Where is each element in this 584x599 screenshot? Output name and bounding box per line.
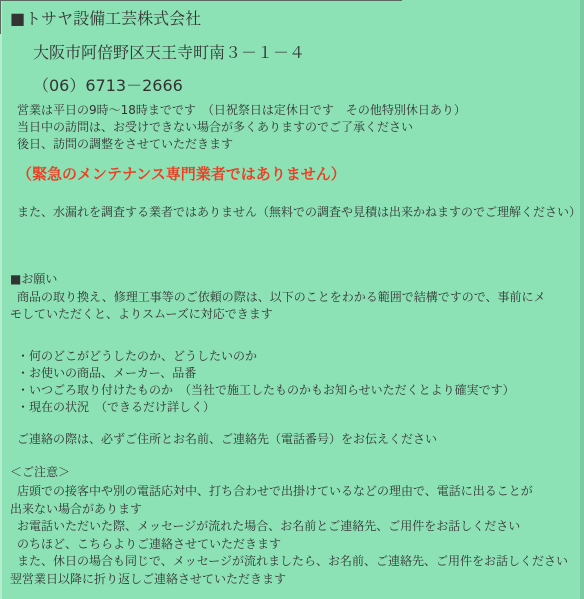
business-hours-line: 当日中の訪問は、お受けできない場合が多くありますのでご了承ください: [9, 119, 584, 136]
contact-note: ご連絡の際は、必ずご住所とお名前、ご連絡先（電話番号）をお伝えください: [9, 431, 584, 448]
request-intro-line: モしていただくと、よりスムーズに対応できます: [9, 306, 584, 323]
top-border-line: [0, 0, 402, 1]
business-hours-line: 営業は平日の9時～18時までです （日祝祭日は定休日です その他特別休日あり）: [9, 102, 584, 119]
emergency-alert-notice: （緊急のメンテナンス専門業者ではありません）: [9, 164, 584, 185]
request-item: ・いつごろ取り付けたものか （当社で施工したものかもお知らせいただくとより確実で…: [9, 382, 584, 399]
caution-heading: ＜ご注意＞: [9, 464, 584, 481]
caution-line: お電話いただいた際、メッセージが流れた場合、お名前とご連絡先、ご用件をお話しくだ…: [9, 518, 584, 536]
caution-line: のちほど、こちらよりご連絡させていただきます: [9, 536, 584, 554]
request-intro: 商品の取り換え、修理工事等のご依頼の際は、以下のことをわかる範囲で結構ですので、…: [9, 289, 584, 323]
business-hours-line: 後日、訪問の調整をさせていただきます: [9, 136, 584, 153]
right-edge-strip: [580, 0, 584, 599]
left-edge-strip: [0, 0, 2, 599]
caution-line: 翌営業日以降に折り返しご連絡させていただきます: [9, 571, 584, 589]
caution-line: 店頭での接客中や別の電話応対中、打ち合わせで出掛けているなどの理由で、電話に出る…: [9, 483, 584, 501]
caution-line: また、休日の場合も同じで、メッセージが流れましたら、お名前、ご連絡先、ご用件をお…: [9, 553, 584, 571]
caution-line: 出来ない場合があります: [9, 501, 584, 519]
request-item: ・お使いの商品、メーカー、品番: [9, 365, 584, 382]
request-item-list: ・何のどこがどうしたのか、どうしたいのか ・お使いの商品、メーカー、品番 ・いつ…: [9, 348, 584, 416]
survey-note: また、水漏れを調査する業者ではありません（無料での調査や見積は出来かねますのでご…: [9, 204, 584, 221]
company-address: 大阪市阿倍野区天王寺町南３－１－４: [9, 43, 584, 63]
request-item: ・何のどこがどうしたのか、どうしたいのか: [9, 348, 584, 365]
caution-text: 店頭での接客中や別の電話応対中、打ち合わせで出掛けているなどの理由で、電話に出る…: [9, 483, 584, 588]
request-heading: ■お願い: [9, 271, 584, 288]
company-name: ■トサヤ設備工芸株式会社: [9, 9, 584, 29]
business-hours: 営業は平日の9時～18時までです （日祝祭日は定休日です その他特別休日あり） …: [9, 102, 584, 153]
company-phone: （06）6713－2666: [9, 76, 584, 96]
request-intro-line: 商品の取り換え、修理工事等のご依頼の際は、以下のことをわかる範囲で結構ですので、…: [9, 289, 584, 306]
left-top-border-line: [0, 0, 1, 34]
request-item: ・現在の状況 （できるだけ詳しく）: [9, 399, 584, 416]
notice-page: ■トサヤ設備工芸株式会社 大阪市阿倍野区天王寺町南３－１－４ （06）6713－…: [0, 0, 584, 599]
